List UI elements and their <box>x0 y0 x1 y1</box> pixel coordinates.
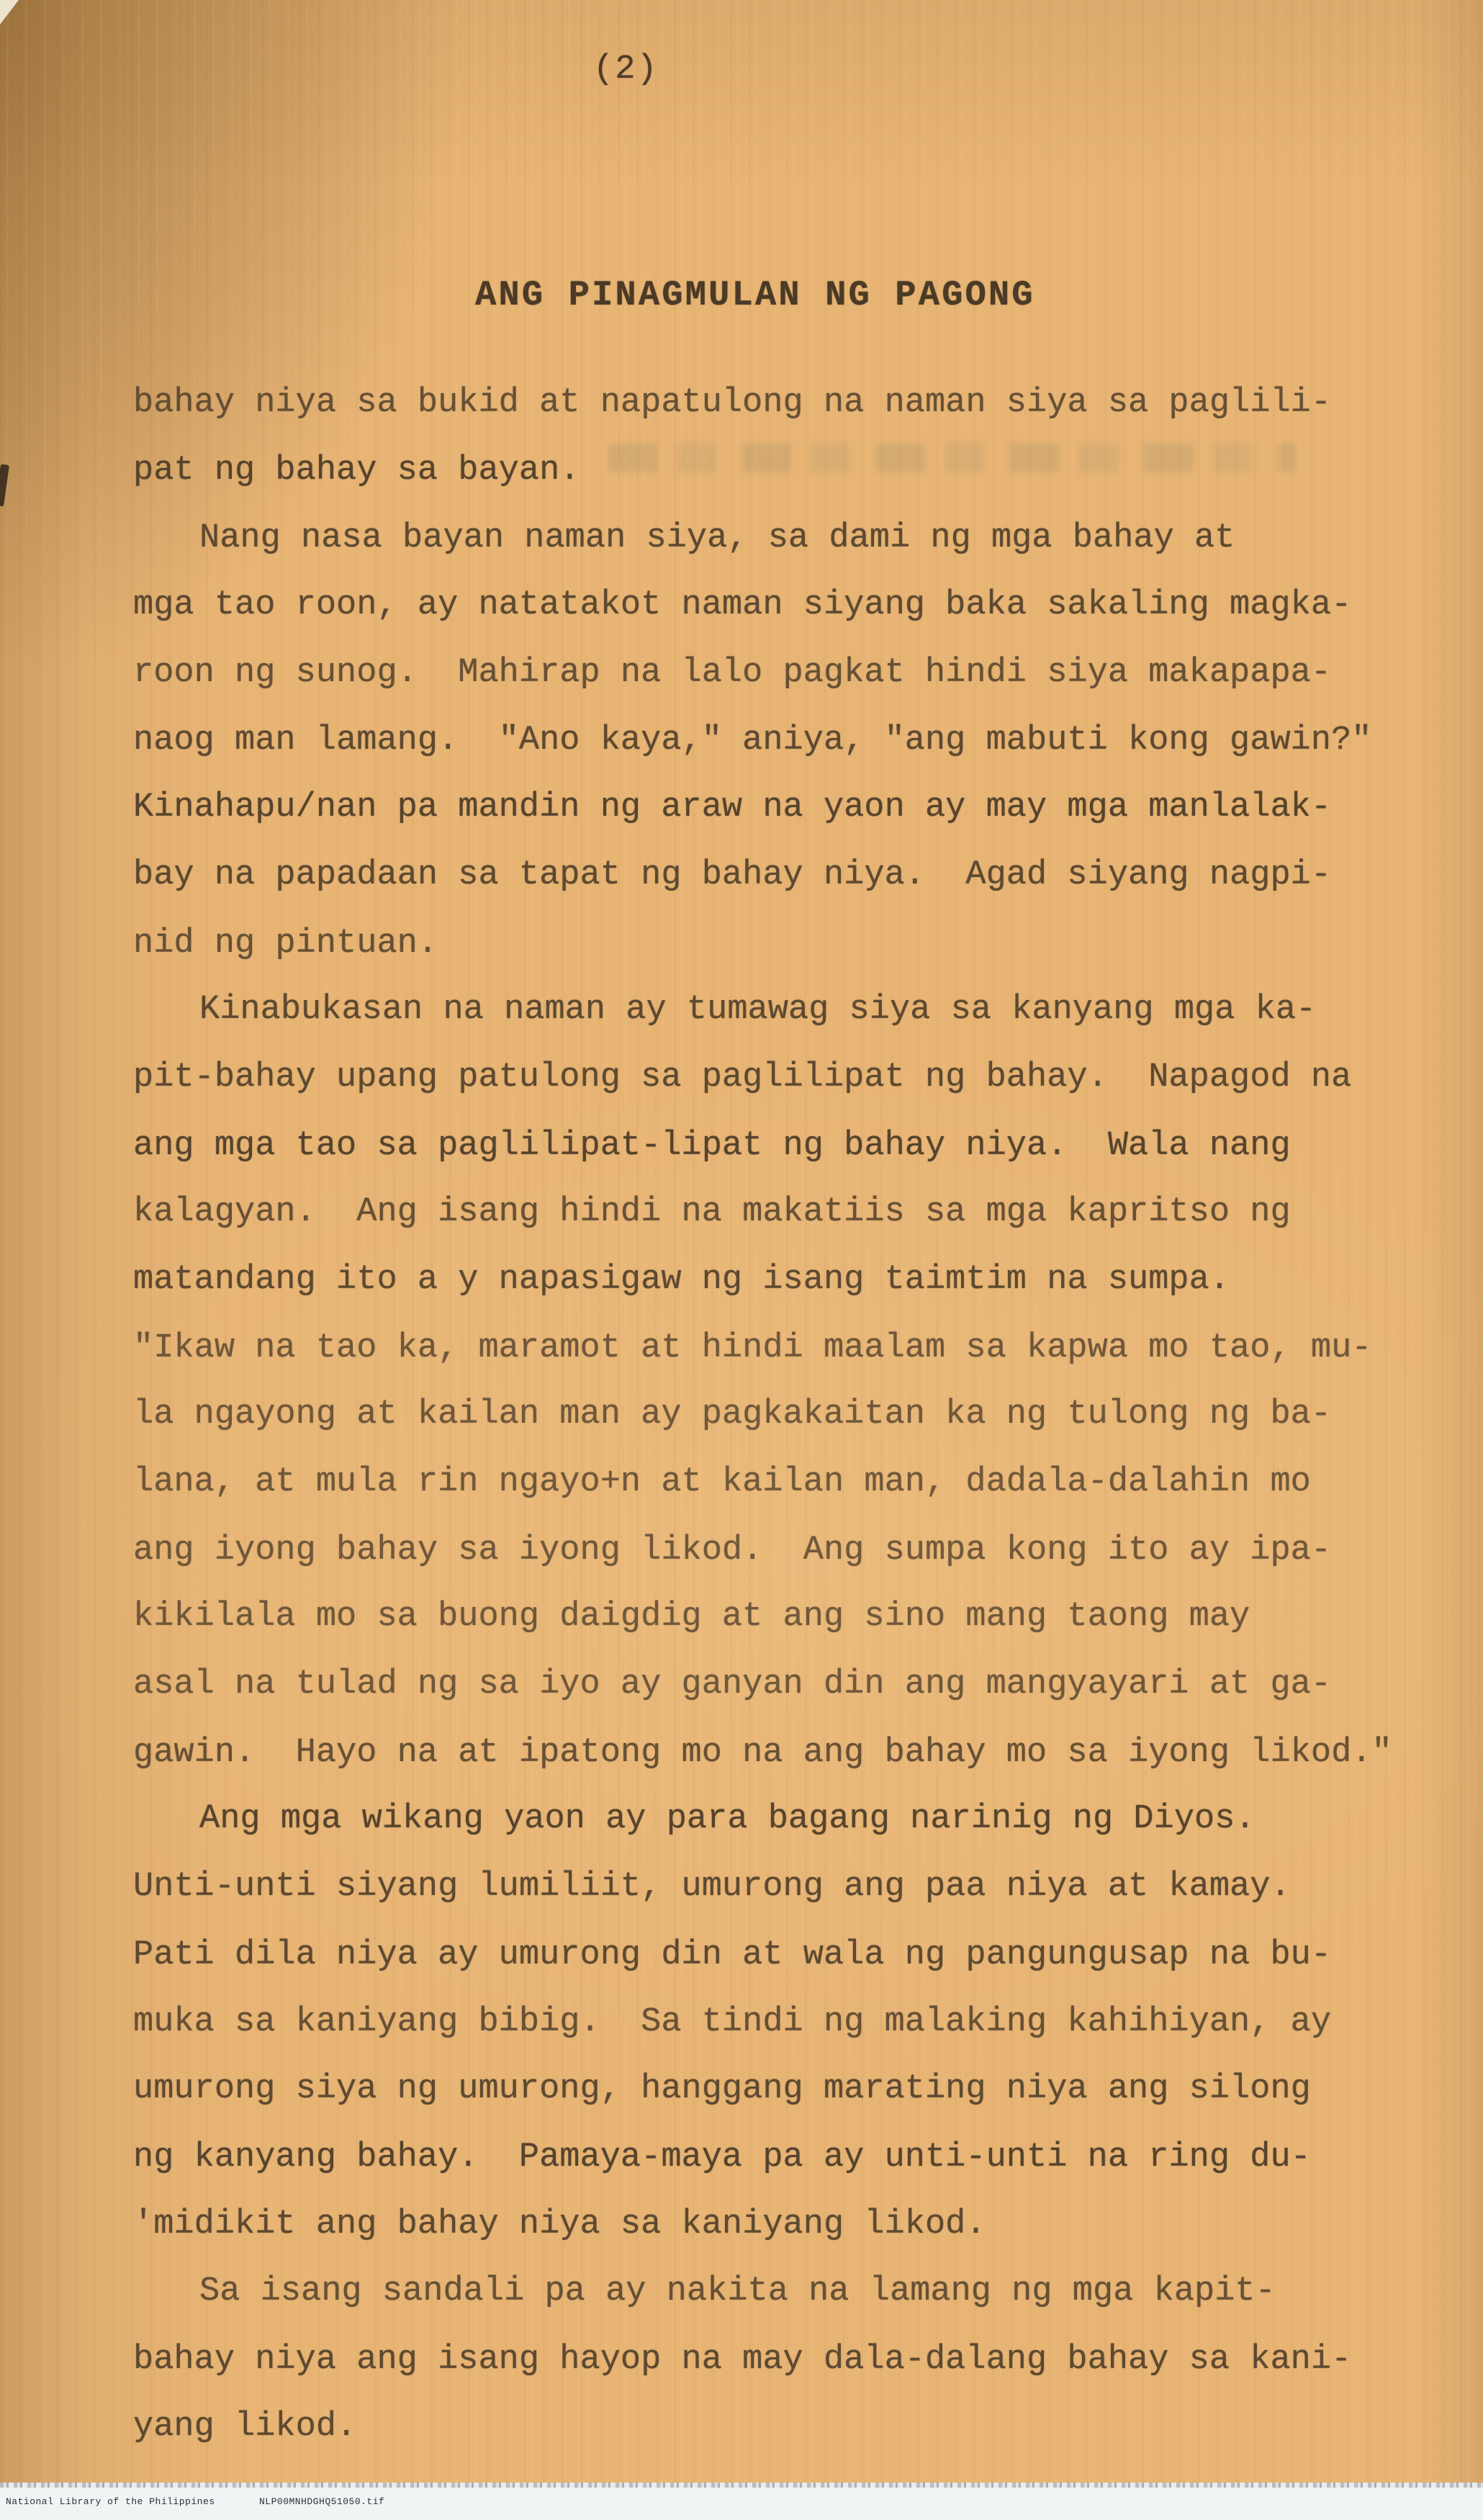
story-line: 'midikit ang bahay niya sa kaniyang liko… <box>133 2191 1386 2259</box>
story-line: bay na papadaan sa tapat ng bahay niya. … <box>133 842 1386 909</box>
story-line: Kinahapu/nan pa mandin ng araw na yaon a… <box>133 774 1386 842</box>
story-line: pit-bahay upang patulong sa paglilipat n… <box>133 1044 1386 1112</box>
story-line: muka sa kaniyang bibig. Sa tindi ng mala… <box>133 1989 1386 2056</box>
story-line: lana, at mula rin ngayo+n at kailan man,… <box>133 1449 1386 1516</box>
story-line: bahay niya sa bukid at napatulong na nam… <box>133 369 1386 437</box>
story-line: asal na tulad ng sa iyo ay ganyan din an… <box>133 1651 1386 1719</box>
story-line: ang mga tao sa paglilipat-lipat ng bahay… <box>133 1112 1386 1180</box>
scan-footer-bar: National Library of the Philippines NLP0… <box>0 2488 1483 2520</box>
story-line: ng kanyang bahay. Pamaya-maya pa ay unti… <box>133 2124 1386 2192</box>
story-body: bahay niya sa bukid at napatulong na nam… <box>133 369 1386 2460</box>
story-line: Nang nasa bayan naman siya, sa dami ng m… <box>133 505 1386 572</box>
story-line: nid ng pintuan. <box>133 910 1386 978</box>
story-line: Unti-unti siyang lumiliit, umurong ang p… <box>133 1853 1386 1921</box>
scan-corner-notch <box>0 0 19 24</box>
story-line: kalagyan. Ang isang hindi na makatiis sa… <box>133 1179 1386 1246</box>
story-line: ang iyong bahay sa iyong likod. Ang sump… <box>133 1517 1386 1585</box>
story-line: umurong siya ng umurong, hanggang marati… <box>133 2056 1386 2123</box>
story-line: la ngayong at kailan man ay pagkakaitan … <box>133 1381 1386 1449</box>
page-number: (2) <box>593 50 659 89</box>
footer-filename-label: NLP00MNHDGHQ51050.tif <box>259 2496 384 2507</box>
story-line: mga tao roon, ay natatakot naman siyang … <box>133 572 1386 639</box>
story-line: matandang ito a y napasigaw ng isang tai… <box>133 1246 1386 1314</box>
story-line: Ang mga wikang yaon ay para bagang narin… <box>133 1786 1386 1853</box>
story-line: kikilala mo sa buong daigdig at ang sino… <box>133 1583 1386 1651</box>
story-line: pat ng bahay sa bayan. <box>133 437 1386 505</box>
story-line: gawin. Hayo na at ipatong mo na ang baha… <box>133 1719 1386 1787</box>
story-line: bahay niya ang isang hayop na may dala-d… <box>133 2326 1386 2394</box>
story-line: Sa isang sandali pa ay nakita na lamang … <box>133 2258 1386 2326</box>
story-line: "Ikaw na tao ka, maramot at hindi maalam… <box>133 1315 1386 1382</box>
page-title: ANG PINAGMULAN NG PAGONG <box>475 275 1035 315</box>
footer-library-label: National Library of the Philippines <box>6 2496 215 2507</box>
story-line: roon ng sunog. Mahirap na lalo pagkat hi… <box>133 639 1386 707</box>
story-line: Pati dila niya ay umurong din at wala ng… <box>133 1922 1386 1989</box>
story-line: naog man lamang. "Ano kaya," aniya, "ang… <box>133 707 1386 775</box>
story-line: Kinabukasan na naman ay tumawag siya sa … <box>133 976 1386 1044</box>
scan-edge-mark <box>0 464 9 506</box>
story-line: yang likod. <box>133 2393 1386 2461</box>
document-page: (2) ANG PINAGMULAN NG PAGONG bahay niya … <box>0 0 1483 2520</box>
